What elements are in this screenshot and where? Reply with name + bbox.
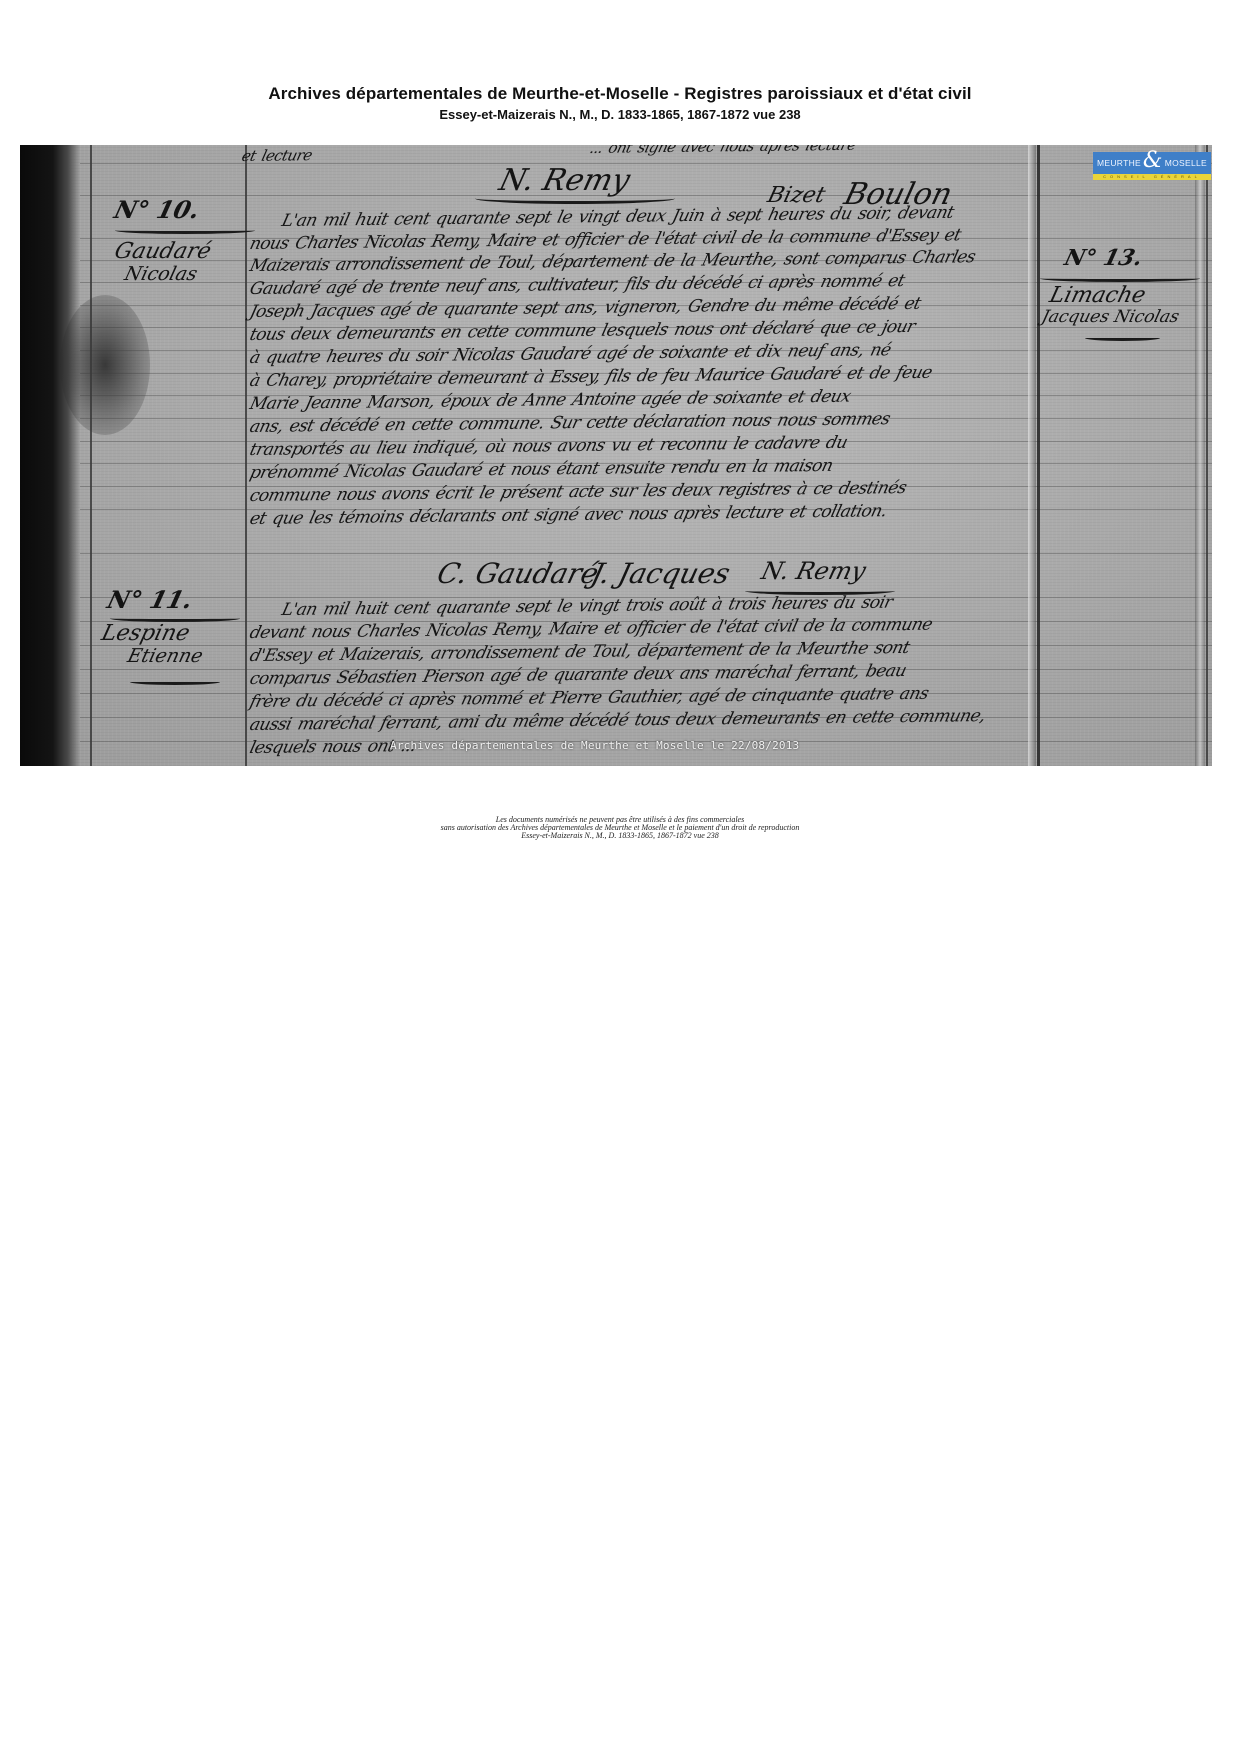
signature: C. Gaudaré [434,557,602,590]
logo-right-word: MOSELLE [1165,158,1207,168]
ampersand-icon: & [1143,150,1163,172]
entry-surname: Lespine [99,621,192,646]
margin-rule [90,145,92,766]
margin-flourish [1085,335,1160,341]
entry-number: N° 11. [104,585,195,614]
logo-banner: MEURTHE & MOSELLE [1093,152,1211,174]
entry-number: N° 13. [1062,245,1146,271]
meurthe-et-moselle-logo: MEURTHE & MOSELLE CONSEIL GÉNÉRAL [1093,152,1211,180]
footer-notice: Les documents numérisés ne peuvent pas ê… [0,816,1240,840]
page-title: Archives départementales de Meurthe-et-M… [0,84,1240,104]
logo-strip: CONSEIL GÉNÉRAL [1093,174,1211,180]
entry-given-name: Etienne [125,645,205,667]
page-gutter [1028,145,1036,766]
archive-watermark: Archives départementales de Meurthe et M… [390,739,799,752]
page-gutter [1195,145,1205,766]
margin-flourish [130,679,220,685]
entry-surname: Gaudaré [112,239,214,264]
logo-left-word: MEURTHE [1097,158,1141,168]
ruled-line [80,553,1212,554]
entry-surname: Limache [1047,283,1148,308]
margin-rule [1206,145,1208,766]
margin-rule [245,145,247,766]
margin-flourish [115,227,255,234]
margin-flourish [1040,275,1200,282]
entry-given-name: Jacques Nicolas [1040,307,1182,327]
page-subtitle: Essey-et-Maizerais N., M., D. 1833-1865,… [0,107,1240,122]
footer-line: Essey-et-Maizerais N., M., D. 1833-1865,… [0,832,1240,840]
register-scan-image: et lecture ... ont signé avec nous après… [20,145,1212,766]
ink-blot [60,295,150,435]
carryover-margin-text: et lecture [240,146,314,165]
signature: N. Remy [759,557,869,585]
entry-number: N° 10. [111,195,202,224]
binding-shadow [20,145,80,766]
signature-flourish [475,193,675,204]
entry-given-name: Nicolas [122,263,199,285]
signature: J. Jacques [588,557,734,590]
margin-rule [1037,145,1040,766]
